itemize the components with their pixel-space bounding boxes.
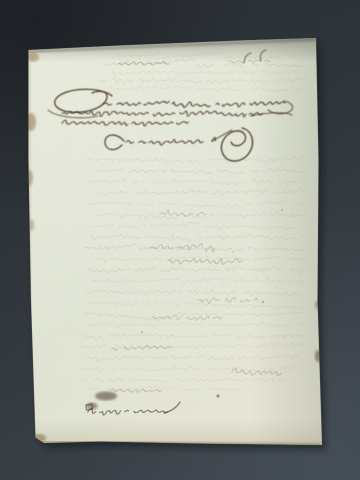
ink-smudge-blob xyxy=(95,392,117,401)
stain xyxy=(27,52,39,62)
foxing-dot xyxy=(262,301,264,303)
paper-grain xyxy=(20,30,340,460)
paper-surface xyxy=(20,30,340,460)
manuscript-photo xyxy=(0,0,360,480)
photo-backdrop xyxy=(0,0,360,480)
foxing-dot xyxy=(281,209,283,211)
foxing-dot xyxy=(216,394,219,397)
foxing-dot xyxy=(141,331,143,333)
